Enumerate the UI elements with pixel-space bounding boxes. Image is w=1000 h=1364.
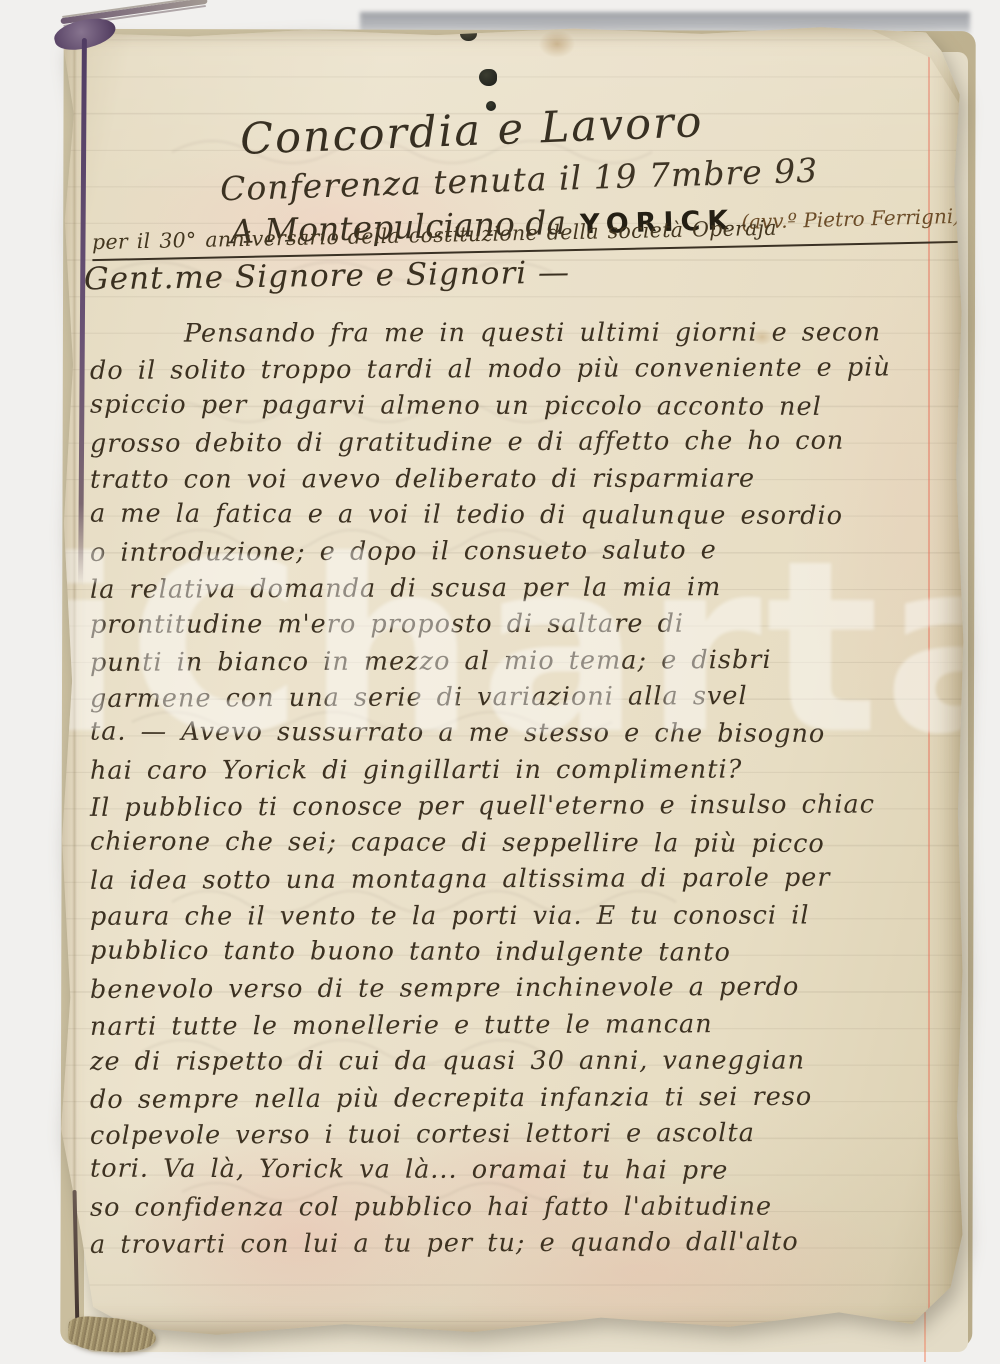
manuscript-body: Pensando fra me in questi ultimi giorni …	[90, 315, 964, 1262]
manuscript-page: Concordia e Lavoro Conferenza tenuta il …	[52, 22, 967, 1340]
manuscript-line: pubblico tanto buono tanto indulgente ta…	[90, 933, 964, 972]
manuscript-line: Pensando fra me in questi ultimi giorni …	[90, 314, 964, 352]
ink-blot	[460, 26, 477, 41]
ink-blot	[479, 69, 497, 86]
manuscript-line: paura che il vento te la porti via. E tu…	[90, 897, 964, 935]
manuscript-line: grosso debito di gratitudine e di affett…	[90, 422, 964, 462]
manuscript-line: benevolo verso di te sempre inchinevole …	[90, 968, 964, 1008]
manuscript-line: do il solito troppo tardi al modo più co…	[90, 349, 964, 389]
manuscript-line: tori. Va là, Yorick va là... oramai tu h…	[90, 1151, 964, 1190]
watermark: iCharta	[52, 530, 967, 768]
manuscript-line: tratto con voi avevo deliberato di rispa…	[90, 460, 964, 498]
manuscript-line: spiccio per pagarvi almeno un piccolo ac…	[90, 386, 964, 425]
manuscript-line: narti tutte le monellerie e tutte le man…	[90, 1005, 964, 1045]
manuscript-line: Il pubblico ti conosce per quell'eterno …	[90, 786, 964, 826]
manuscript-line: so confidenza col pubblico hai fatto l'a…	[90, 1188, 964, 1226]
paper-surface: Concordia e Lavoro Conferenza tenuta il …	[52, 22, 967, 1340]
scanned-document: Concordia e Lavoro Conferenza tenuta il …	[0, 0, 1000, 1364]
manuscript-line: do sempre nella più decrepita infanzia t…	[90, 1078, 964, 1118]
manuscript-line: colpevole verso i tuoi cortesi lettori e…	[90, 1114, 964, 1154]
manuscript-line: chierone che sei; capace di seppellire l…	[90, 823, 964, 862]
manuscript-line: la idea sotto una montagna altissima di …	[90, 859, 964, 899]
manuscript-line: ze di rispetto di cui da quasi 30 anni, …	[90, 1042, 964, 1080]
salutation-line: Gent.me Signore e Signori —	[84, 255, 571, 298]
manuscript-line: a trovarti con lui a tu per tu; e quando…	[90, 1223, 964, 1263]
